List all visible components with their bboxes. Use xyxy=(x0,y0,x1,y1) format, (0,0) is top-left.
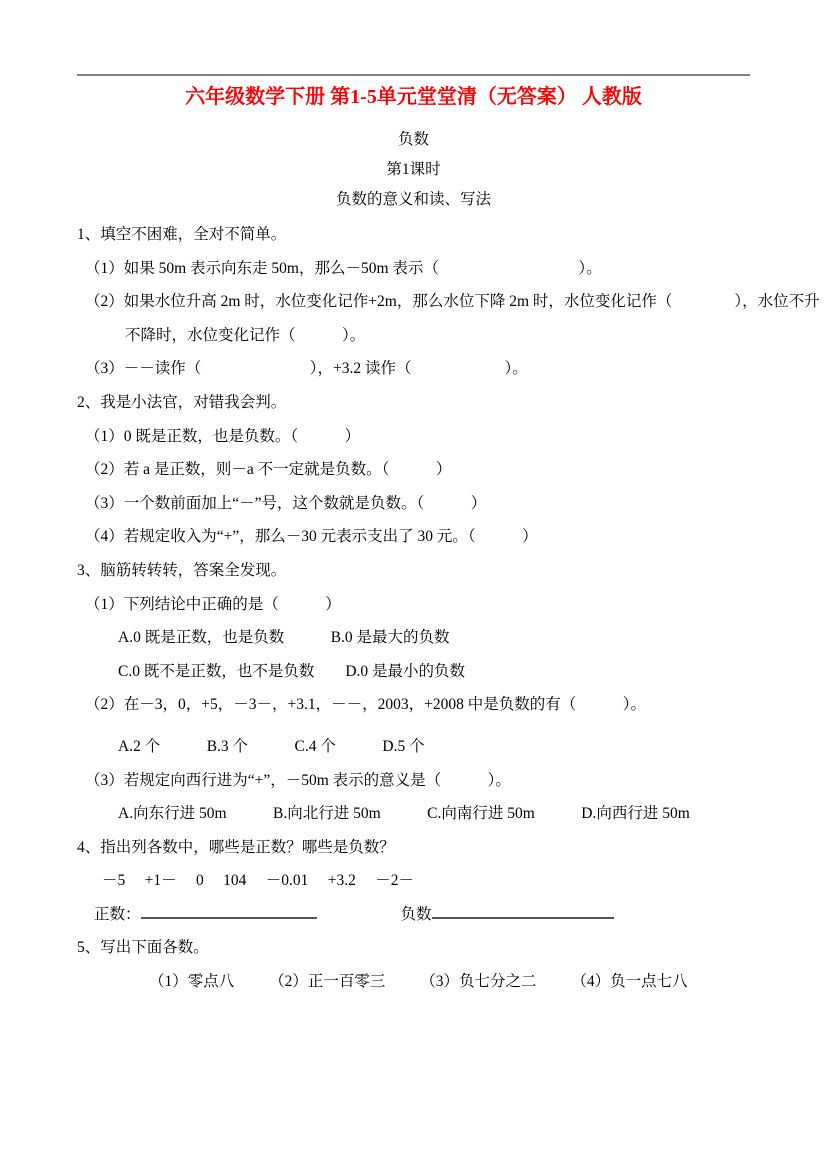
worksheet-line: C.0 既不是正数，也不是负数 D.0 是最小的负数 xyxy=(118,655,750,689)
worksheet-line: （2）若 a 是正数，则－a 不一定就是负数。（ ） xyxy=(85,453,750,487)
page-title: 六年级数学下册 第1-5单元堂堂清（无答案） 人教版 xyxy=(77,86,750,108)
worksheet-line: －5 +1－ 0 104 －0.01 +3.2 －2－ xyxy=(102,864,750,898)
worksheet-line: A.2 个 B.3 个 C.4 个 D.5 个 xyxy=(118,730,750,764)
worksheet-line: （4）若规定收入为“+”，那么－30 元表示支出了 30 元。（ ） xyxy=(85,520,750,554)
worksheet-line: A.向东行进 50m B.向北行进 50m C.向南行进 50m D.向西行进 … xyxy=(118,797,750,831)
worksheet-line: （1）下列结论中正确的是（ ） xyxy=(85,588,750,622)
worksheet-line: （1）0 既是正数，也是负数。（ ） xyxy=(85,420,750,454)
worksheet-line: （3）－－读作（ ），+3.2 读作（ ）。 xyxy=(85,352,750,386)
worksheet-line: （3）若规定向西行进为“+”，－50m 表示的意义是（ ）。 xyxy=(85,764,750,798)
blank-label: 正数： xyxy=(94,906,141,923)
worksheet-line: （1）如果 50m 表示向东走 50m，那么－50m 表示（ ）。 xyxy=(85,252,750,286)
header-rule xyxy=(77,74,750,76)
worksheet-line: 5、写出下面各数。 xyxy=(77,931,750,965)
worksheet-line: 1、填空不困难，全对不简单。 xyxy=(77,218,750,252)
worksheet-line: A.0 既是正数，也是负数 B.0 是最大的负数 xyxy=(118,621,750,655)
lesson-title: 第1课时 xyxy=(77,160,750,180)
answer-blank xyxy=(141,901,317,919)
worksheet-line: 正数：负数 xyxy=(94,898,750,932)
worksheet-line: 2、我是小法官，对错我会判。 xyxy=(77,386,750,420)
blank-label: 负数 xyxy=(401,906,432,923)
worksheet-line: （2）在－3，0，+5，－3－，+3.1，－－，2003，+2008 中是负数的… xyxy=(85,688,750,722)
worksheet-line: （3）一个数前面加上“－”号，这个数就是负数。（ ） xyxy=(85,487,750,521)
worksheet-line: 3、脑筋转转转，答案全发现。 xyxy=(77,554,750,588)
worksheet-line: 不降时，水位变化记作（ ）。 xyxy=(125,319,750,353)
topic-title: 负数的意义和读、写法 xyxy=(77,190,750,210)
worksheet-body: 1、填空不困难，全对不简单。（1）如果 50m 表示向东走 50m，那么－50m… xyxy=(77,218,750,999)
unit-title: 负数 xyxy=(77,130,750,150)
answer-blank xyxy=(432,901,614,919)
worksheet-line: （1）零点八 （2）正一百零三 （3）负七分之二 （4）负一点七八 xyxy=(149,965,750,999)
worksheet-page: 六年级数学下册 第1-5单元堂堂清（无答案） 人教版 负数 第1课时 负数的意义… xyxy=(0,0,827,1170)
worksheet-content: 六年级数学下册 第1-5单元堂堂清（无答案） 人教版 负数 第1课时 负数的意义… xyxy=(0,0,827,999)
worksheet-line: 4、指出列各数中，哪些是正数？哪些是负数？ xyxy=(77,831,750,865)
worksheet-line: （2）如果水位升高 2m 时，水位变化记作+2m，那么水位下降 2m 时，水位变… xyxy=(85,285,750,319)
